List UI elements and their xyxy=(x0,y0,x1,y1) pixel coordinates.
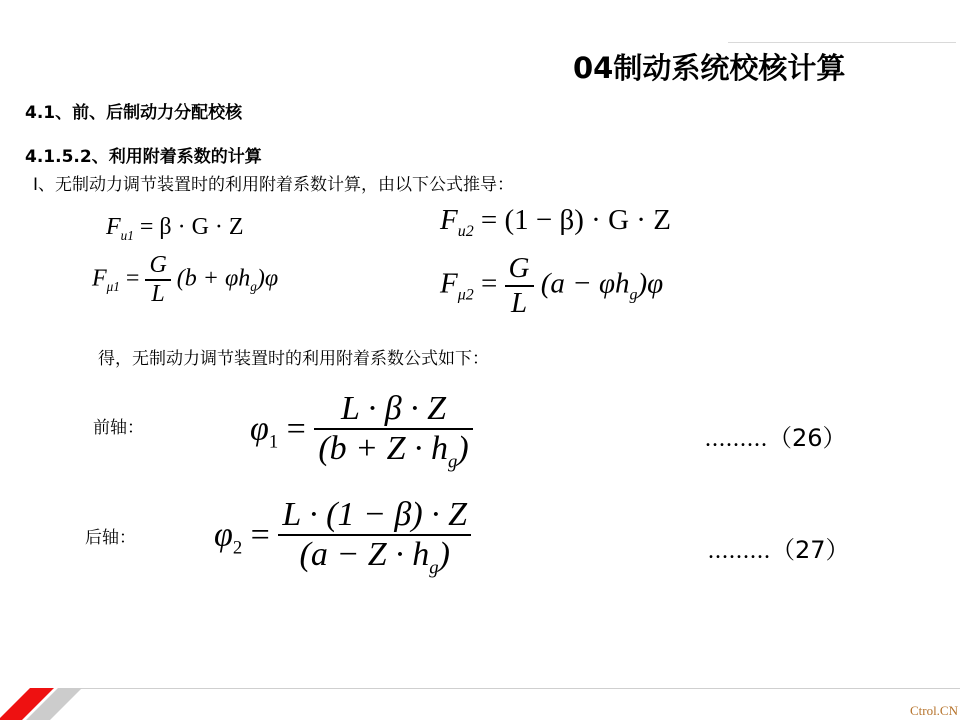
watermark: Ctrol.CN xyxy=(910,703,958,719)
formula-fu1: Fu1 = β · G · Z xyxy=(106,214,244,244)
equation-ref-27: .........（27） xyxy=(708,530,850,565)
intro-text: Ⅰ、无制动力调节装置时的利用附着系数计算，由以下公式推导： xyxy=(33,170,514,195)
footer-divider xyxy=(72,688,960,689)
section-heading: 4.1、前、后制动力分配校核 xyxy=(25,98,242,123)
formula-phi1: φ1 = L · β · Z (b + Z · hg) xyxy=(250,390,473,473)
subsection-heading: 4.1.5.2、利用附着系数的计算 xyxy=(25,142,262,167)
formula-phi2: φ2 = L · (1 − β) · Z (a − Z · hg) xyxy=(214,496,471,579)
fraction: L · (1 − β) · Z (a − Z · hg) xyxy=(278,496,471,579)
header-divider xyxy=(728,42,956,43)
fraction: G L xyxy=(145,252,170,308)
fraction: L · β · Z (b + Z · hg) xyxy=(314,390,472,473)
rear-axle-label: 后轴： xyxy=(85,523,136,548)
formula-fmu2: Fμ2 = G L (a − φhg)φ xyxy=(440,252,663,320)
formula-fu2: Fu2 = (1 − β) · G · Z xyxy=(440,204,671,241)
result-text: 得，无制动力调节装置时的利用附着系数公式如下： xyxy=(98,344,489,369)
fraction: G L xyxy=(505,252,534,320)
front-axle-label: 前轴： xyxy=(93,413,144,438)
formula-fmu1: Fμ1 = G L (b + φhg)φ xyxy=(92,252,278,308)
slide-title: 04制动系统校核计算 xyxy=(573,46,845,87)
equation-ref-26: .........（26） xyxy=(705,418,847,453)
